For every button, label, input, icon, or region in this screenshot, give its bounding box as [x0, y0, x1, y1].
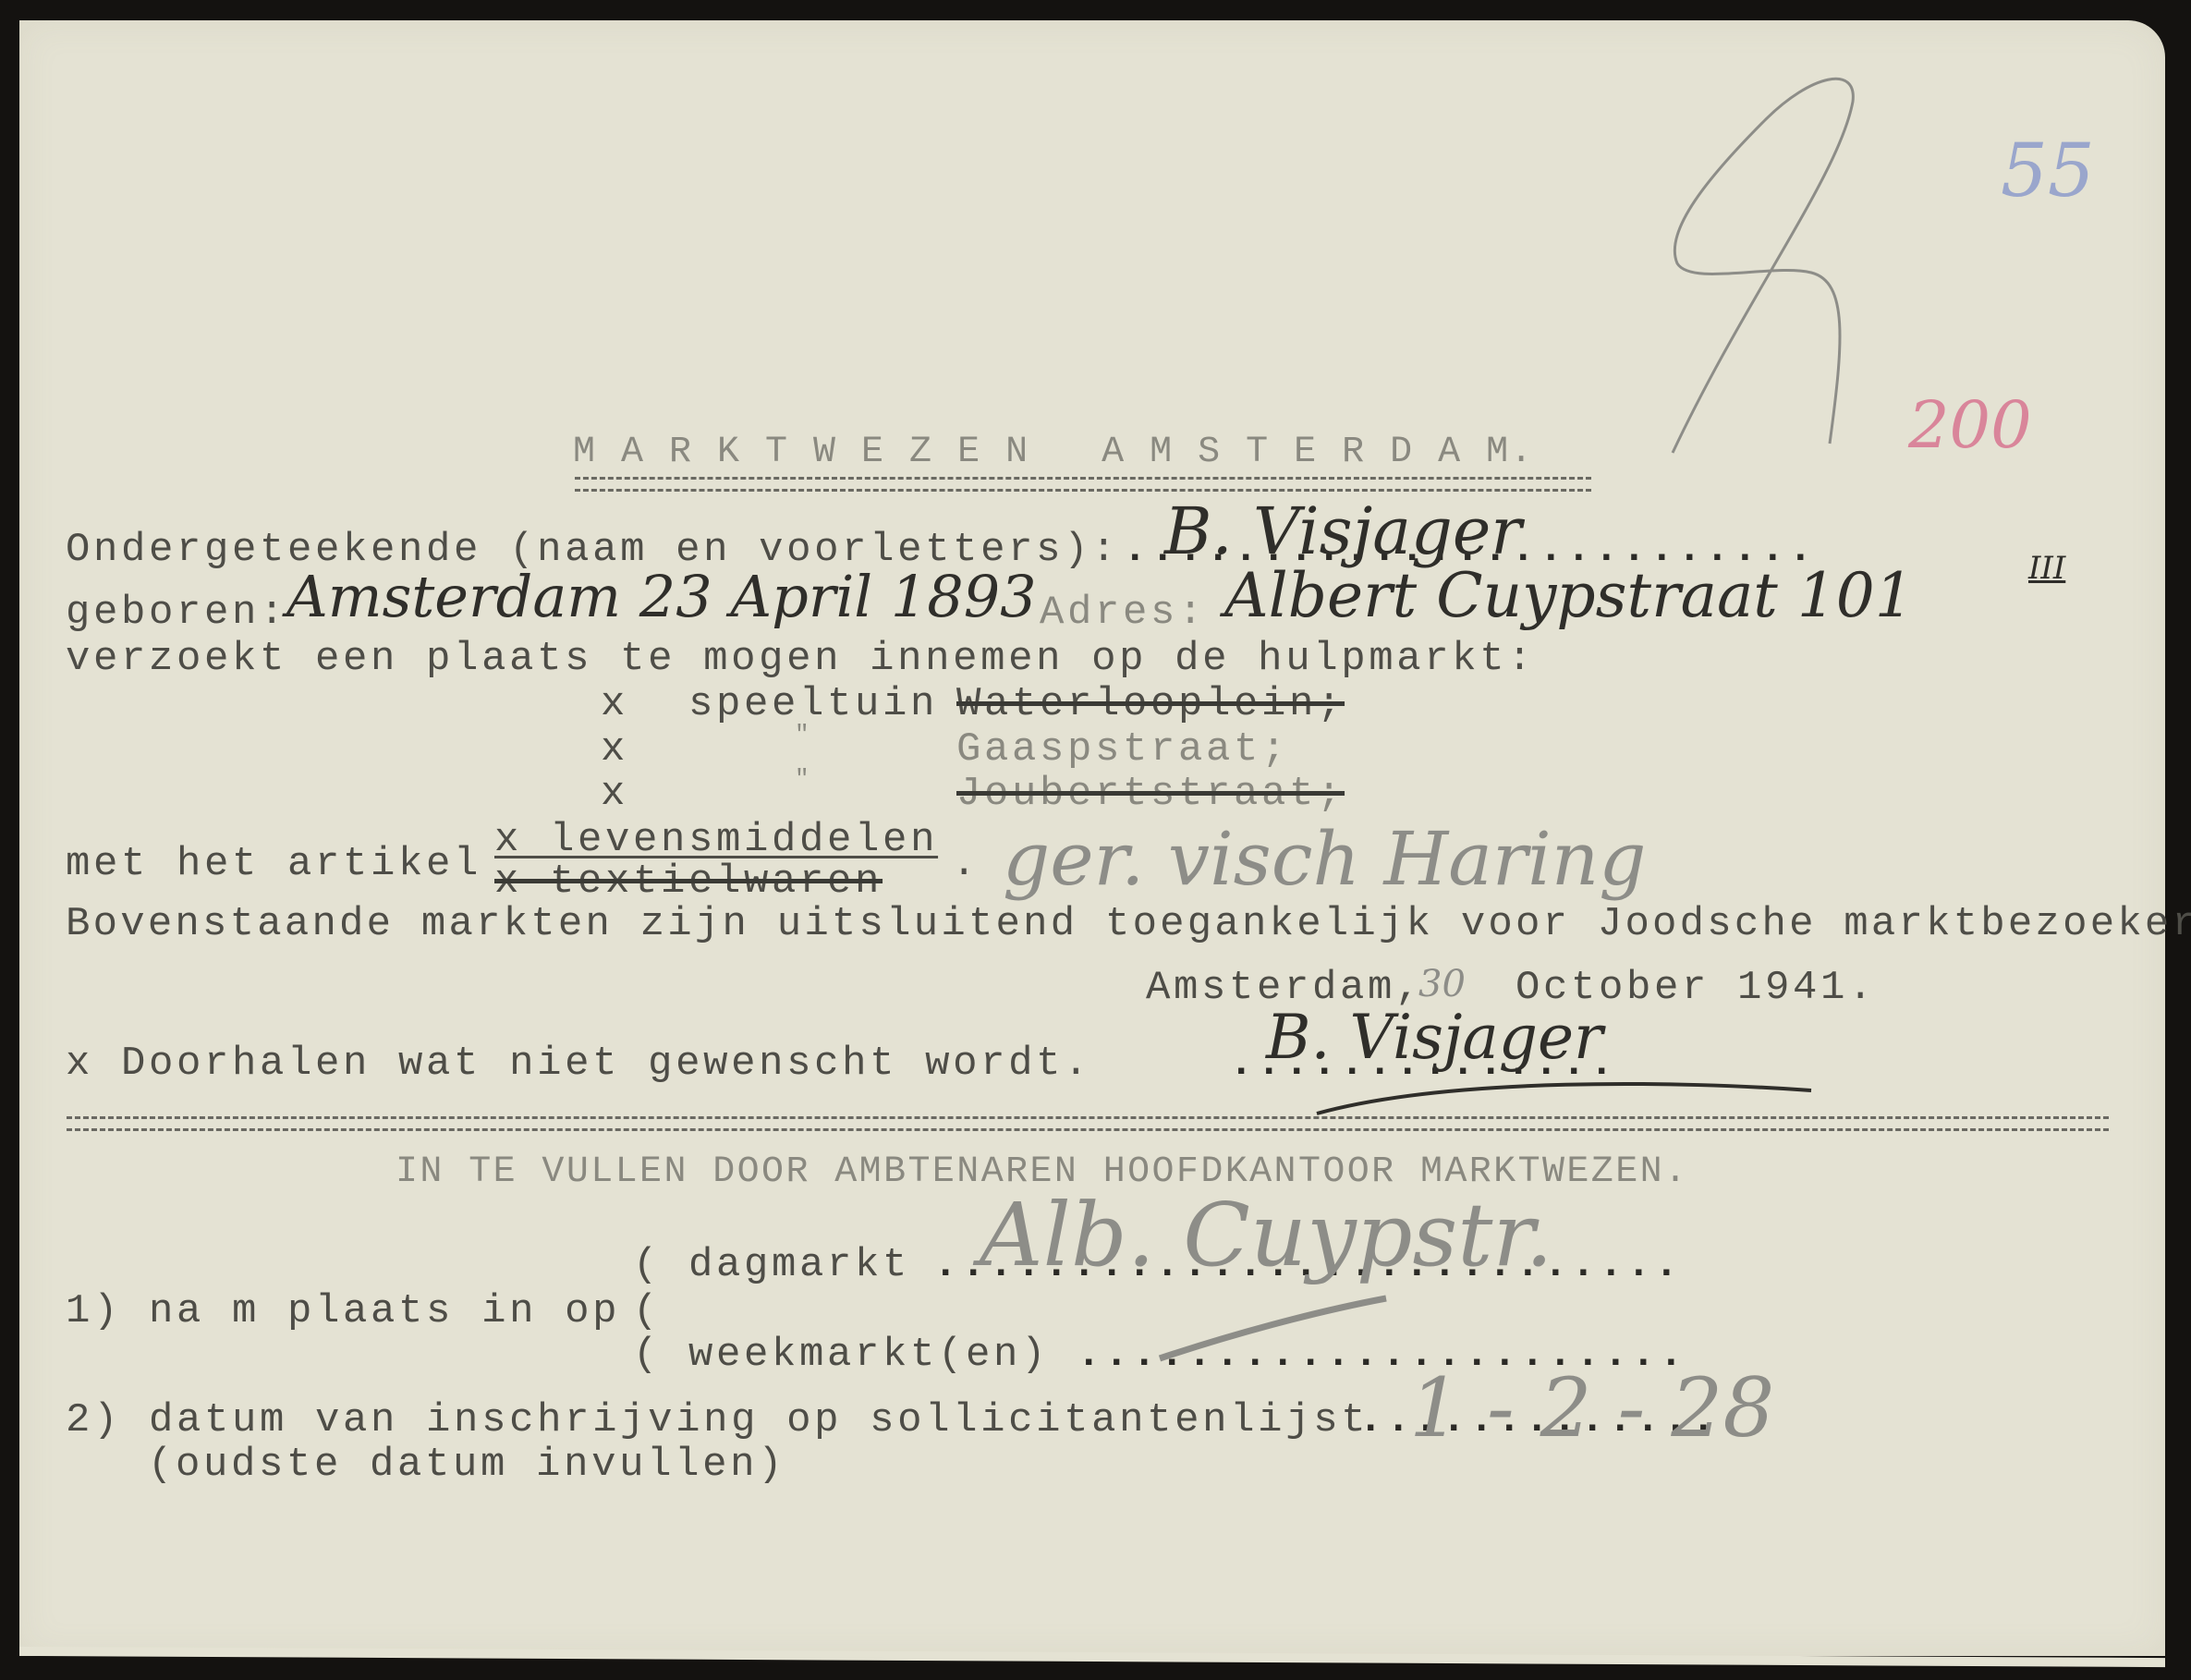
brace-top: (	[633, 1245, 657, 1285]
born-handwritten[interactable]: Amsterdam 23 April 1893	[286, 568, 1037, 626]
address-floor: III	[2028, 553, 2065, 584]
dagmarkt-label: dagmarkt	[688, 1245, 910, 1285]
market-mark-2: x	[601, 729, 628, 770]
brace-middle: (	[633, 1291, 657, 1332]
market-prefix-1: speeltuin	[688, 684, 938, 724]
item2-handwritten-date: 1 - 2 - 28	[1409, 1368, 1774, 1449]
weekmarkt-label: weekmarkt(en)	[688, 1334, 1049, 1375]
dagmarkt-handwritten: Alb. Cuypstr.	[980, 1192, 1553, 1280]
article-option-food: x levensmiddelen	[494, 820, 938, 860]
market-mark-3: x	[601, 773, 628, 814]
request-line: verzoekt een plaats te mogen innemen op …	[66, 639, 1535, 679]
item2-note: (oudste datum invullen)	[148, 1444, 785, 1485]
blue-pencil-number: 55	[2001, 134, 2095, 208]
section-separator	[67, 1116, 2109, 1131]
market-joubertstraat: Joubertstraat;	[956, 773, 1345, 814]
article-handwritten: ger. visch Haring	[1003, 822, 1646, 896]
weekmarkt-pencil-stroke	[1155, 1294, 1395, 1368]
pencil-mark-nine	[1654, 65, 1931, 471]
article-option-textile: x textielwaren	[494, 861, 882, 902]
red-pencil-number: 200	[1908, 393, 2032, 457]
document-title: M A R K T W E Z E N A M S T E R D A M.	[573, 434, 1534, 471]
article-period: .	[952, 844, 980, 884]
item1-label: 1) na m plaats in op	[66, 1291, 620, 1332]
address-label: Adres:	[1040, 592, 1206, 633]
born-label: geboren:	[66, 592, 287, 633]
signature: B. Visjager	[1266, 1007, 1603, 1068]
title-double-underline	[575, 477, 1591, 492]
notice-text: Bovenstaande markten zijn uitsluitend to…	[66, 904, 2191, 944]
market-prefix-3: "	[795, 767, 812, 791]
item2-label: 2) datum van inschrijving op sollicitant…	[66, 1400, 1369, 1441]
address-handwritten[interactable]: Albert Cuypstraat 101	[1224, 566, 1914, 627]
brace-bottom: (	[633, 1334, 657, 1375]
market-gaaspstraat: Gaaspstraat;	[956, 729, 1289, 770]
market-prefix-2: "	[795, 723, 812, 747]
market-waterlooplein: Waterlooplein;	[956, 684, 1345, 724]
market-mark-1: x	[601, 684, 628, 724]
article-label: met het artikel	[66, 844, 481, 884]
name-handwritten[interactable]: B. Visjager	[1164, 499, 1522, 564]
date-day-handwritten: 30	[1418, 966, 1466, 1003]
footnote-text: x Doorhalen wat niet gewenscht wordt.	[66, 1043, 1091, 1084]
